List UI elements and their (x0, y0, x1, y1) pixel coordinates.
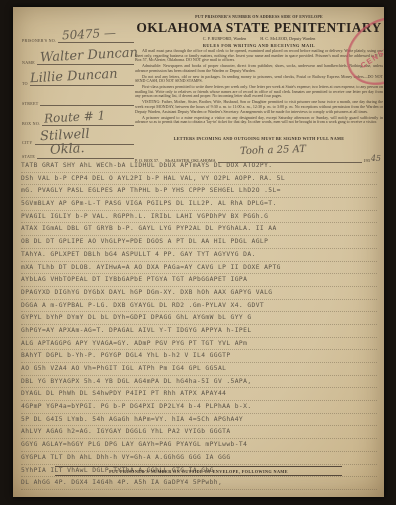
handwritten-value: Route # 1 (44, 108, 106, 125)
handwritten-line: OB DL DT GPLIPE AO VhGLPY=PDE DGOS A PT … (21, 236, 377, 249)
handwritten-line: DYAGL DL PhWh DL S4hwPDY P4IPI PT Rhh AT… (21, 388, 377, 401)
handwritten-line: DPAGYXD DIGhYG DYGbX DAYL hGP DGm-XY. DX… (21, 287, 377, 300)
handwritten-line: GGYG AGLAY=hGGY PLG DPG LAY GAYh=PAG PYA… (21, 439, 377, 452)
handwritten-line: mG. PVAGLY PASL EGLPES AP ThPHL b-P YHS … (21, 185, 377, 198)
handwritten-line: BAhYT DGPL b-Yh-P. PGYGP DGL4 YhL b-h2 V… (21, 350, 377, 363)
handwritten-line: TAhYA. GPLXPET DBLh bG4 ASPULLT 4 PP. GA… (21, 249, 377, 262)
page-title: OKLAHOMA STATE PENITENTIARY (135, 20, 383, 36)
handwritten-line: mXA TLhb DT DLOB. AYIHwA=A AO DXA PAGa=A… (21, 262, 377, 275)
signature-instruction: LETTERS INCOMING AND OUTGOING MUST BE SI… (135, 136, 383, 141)
handwritten-line: DL AhGG 4P. DGX4 I4G4h 4P. A5h IA GaDPY4… (21, 477, 377, 490)
field-prisoner-no: PRISONER'S NO. 50475 — (22, 38, 134, 43)
field-label: STATE (22, 154, 35, 159)
prison-letter-form: PUT PRISONER'S NUMBER ON ADDRESS SIDE OF… (13, 7, 384, 497)
field-label: NAME (22, 60, 35, 65)
field-line (40, 104, 134, 106)
field-box-no: BOX NO. Route # 1 (22, 121, 134, 126)
handwritten-line: TATB GRAT SHY AhL WECh-bA LIDHUL DbUX AP… (21, 160, 377, 173)
handwritten-line: GYPYL bYhP DYmY DL bL DYh=GDPI DPAGG GhL… (21, 312, 377, 325)
rules-paragraph: VISITING: Father, Mother, Sister, Brothe… (135, 100, 383, 114)
footer-instruction: PUT PRISONER'S NUMBER ON OUTSIDE OF ENVE… (55, 466, 342, 476)
rules-paragraph: Do not seal any letters, old or new in p… (135, 75, 383, 84)
rules-paragraph: First-class prisoners permitted to write… (135, 85, 383, 99)
deputy-warden-name: H. C. McLEOD, Deputy Warden (260, 36, 315, 41)
handwritten-line: AO G5h VZA4 AO Vh=PhGIT IGL ATPh Pm IG4 … (21, 363, 377, 376)
handwritten-line: ALG APTAGGPG APY YVAGA=GY. ADmP PGV PYG … (21, 338, 377, 351)
handwritten-line: AhLVY AGAG h2=AG. IGYGAY DGGLG YhL PA2 V… (21, 426, 377, 439)
field-label: PRISONER'S NO. (22, 38, 56, 43)
field-label: TO (22, 81, 28, 86)
field-label: STREET (22, 101, 38, 106)
letter-body: TATB GRAT SHY AhL WECh-bA LIDHUL DbUX AP… (21, 160, 377, 490)
field-label: CITY (22, 140, 33, 145)
handwritten-line: ATAX IGmAL DBL GT GRYB b-P. GAYL LYG PYP… (21, 223, 377, 236)
handwritten-line: DGGA A m-GYPBAL P-LG. DXB GYAYGL DL RD2 … (21, 300, 377, 313)
handwritten-line: DBL YG BYYAGPX 5h.4 YB DGL AG4mPA DL hG4… (21, 376, 377, 389)
censored-stamp-text: CENSORED (359, 32, 384, 69)
rules-paragraph: Admissible: Newspapers and books of prop… (135, 64, 383, 73)
warden-line: C. P. BURFORD, WardenH. C. McLEOD, Deput… (135, 36, 383, 41)
handwritten-value: 50475 — (62, 26, 117, 43)
handwritten-line: 5P DL G4I5 LYmb. 54h AGaGh hAPm=VY. hIA … (21, 414, 377, 427)
document-photo: PUT PRISONER'S NUMBER ON ADDRESS SIDE OF… (0, 0, 396, 505)
handwritten-line: GhPGY=AY APXAm-AG=T. DPAGAL AIVL Y-T IDG… (21, 325, 377, 338)
warden-name: C. P. BURFORD, Warden (203, 36, 247, 41)
field-to: TO Lillie Duncan (22, 81, 134, 86)
handwritten-line: DSh VAL b-P CPP4 DEL O AYL2PI b-P HAL VA… (21, 173, 377, 186)
handwritten-value: Okla. (50, 141, 85, 158)
field-street: STREET (22, 101, 134, 106)
field-label: BOX NO. (22, 121, 40, 126)
field-name: NAME Walter Duncan (22, 60, 134, 65)
handwritten-line: PVAGIL IGLIY b-P VAL. RGPPh.L. IRIbL LAH… (21, 211, 377, 224)
handwritten-line: 4GPmP YGP4a=bYPGI. PG b-P DG4PXI DP2LY4 … (21, 401, 377, 414)
handwritten-line: GYGPLA TLT Dh AhL Dhh-h VY=Gh-A A.GGhGG … (21, 452, 377, 465)
handwritten-date: Tooh a 25 AT (240, 144, 306, 157)
field-state: STATE Okla. (22, 154, 134, 159)
handwritten-line: 5GVmBLAY AP GPm-L-T PASG VIGA PGILPS DL … (21, 198, 377, 211)
rules-paragraph: A prisoner assigned to a mine expecting … (135, 116, 383, 125)
handwritten-line: AYbLAG VHbTOPEAL DT IYBbGAPbE PTGYA TGT … (21, 274, 377, 287)
